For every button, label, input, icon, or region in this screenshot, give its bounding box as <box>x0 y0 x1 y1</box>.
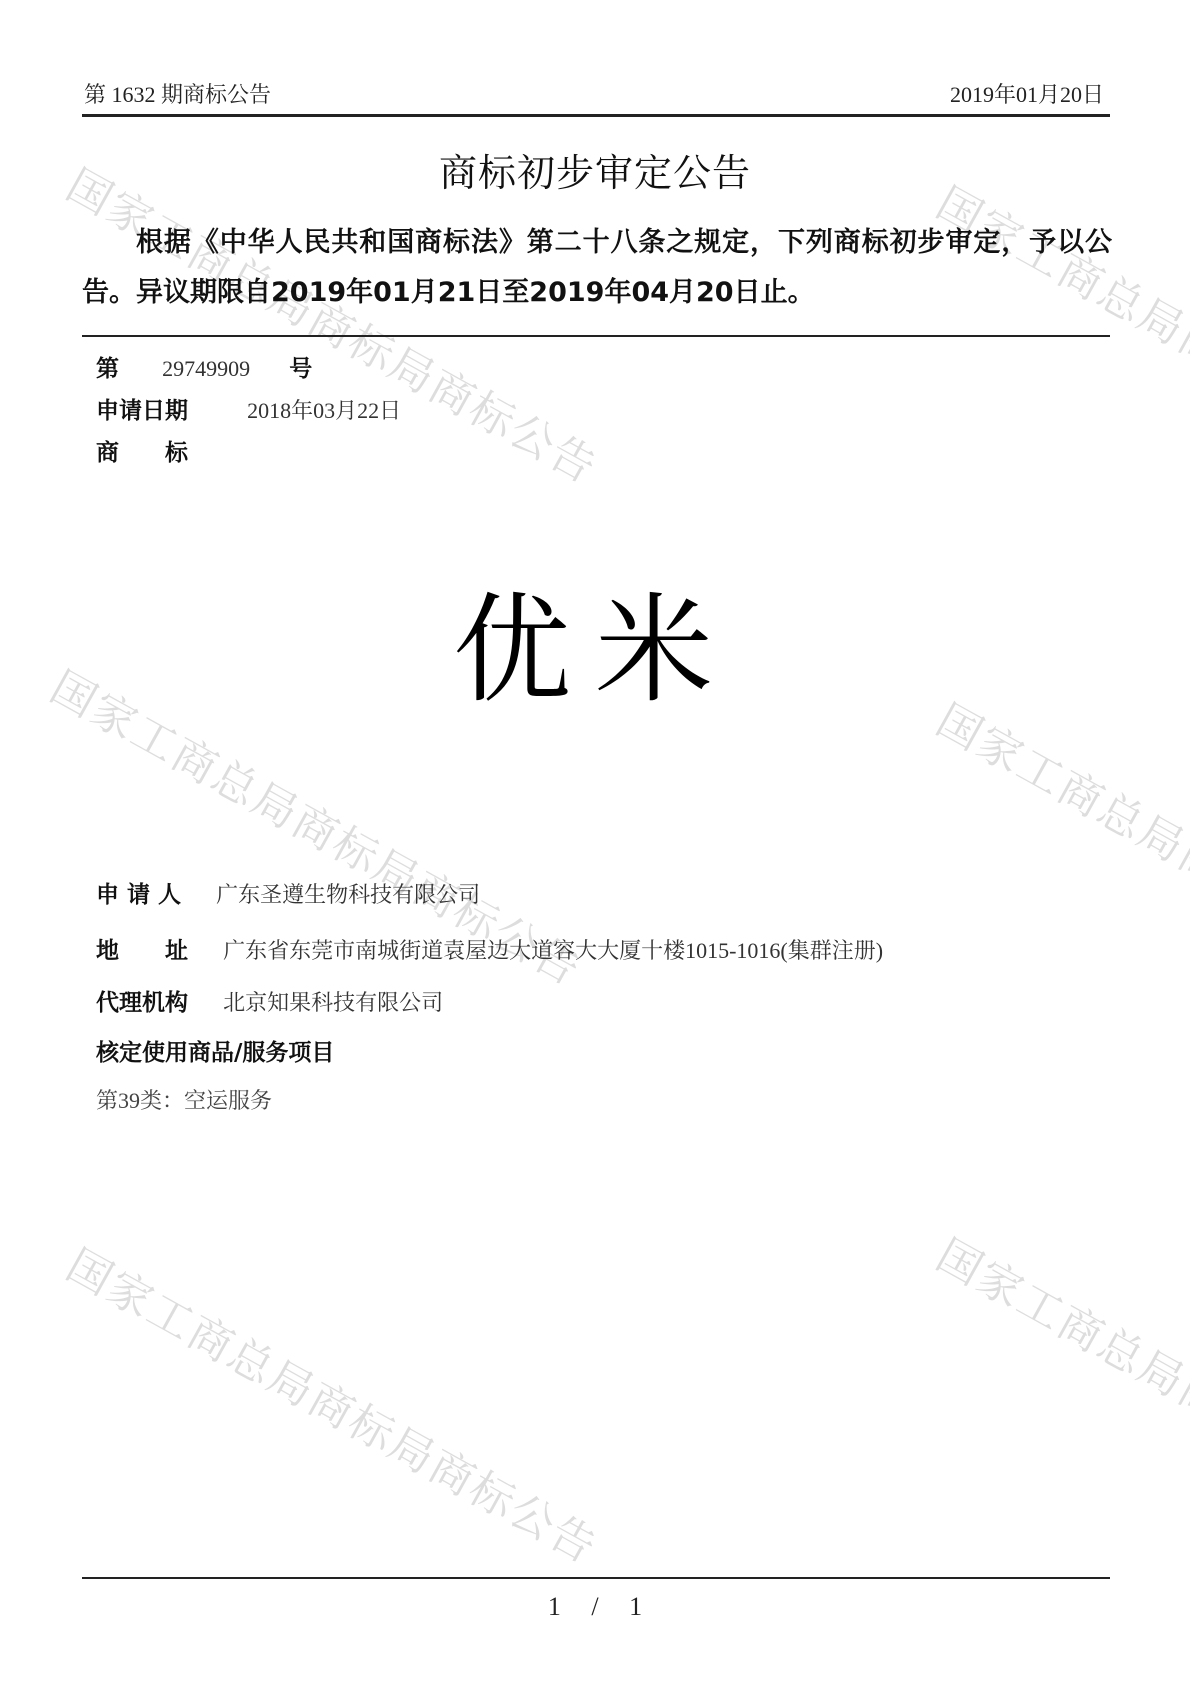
application-date: 2018年03月22日 <box>247 398 401 423</box>
watermark: 国家工商总局商标局商标公告 <box>927 1220 1190 1566</box>
registration-number-prefix: 第 <box>96 356 119 382</box>
page-title: 商标初步审定公告 <box>0 142 1190 197</box>
address-label: 地 址 <box>96 938 188 964</box>
agent-row: 代理机构 北京知果科技有限公司 <box>96 984 443 1017</box>
mark-label: 商 标 <box>96 434 188 467</box>
agent-label: 代理机构 <box>96 990 188 1016</box>
section-divider <box>82 335 1110 337</box>
agent: 北京知果科技有限公司 <box>223 990 443 1015</box>
intro-paragraph: 根据《中华人民共和国商标法》第二十八条之规定，下列商标初步审定，予以公告。异议期… <box>82 218 1112 318</box>
issue-date: 2019年01月20日 <box>950 78 1104 109</box>
header-divider <box>82 114 1110 117</box>
watermark: 国家工商总局商标局商标公告 <box>927 685 1190 1031</box>
applicant-row: 申 请 人 广东圣遵生物科技有限公司 <box>96 876 480 909</box>
application-date-row: 申请日期 2018年03月22日 <box>96 392 401 425</box>
footer-divider <box>82 1577 1110 1579</box>
registration-number: 29749909 <box>162 356 250 381</box>
application-date-label: 申请日期 <box>96 398 188 424</box>
applicant: 广东圣遵生物科技有限公司 <box>216 882 480 907</box>
registration-number-row: 第 29749909 号 <box>96 350 312 383</box>
trademark-text: 优米 <box>0 555 1190 725</box>
page-number: 1 / 1 <box>0 1592 1190 1622</box>
goods-services-label: 核定使用商品/服务项目 <box>96 1034 334 1067</box>
watermark: 国家工商总局商标局商标公告 <box>57 1230 611 1576</box>
goods-services: 第39类：空运服务 <box>96 1084 272 1115</box>
address-row: 地 址 广东省东莞市南城街道袁屋边大道容大大厦十楼1015-1016(集群注册) <box>96 932 883 965</box>
applicant-label: 申 请 人 <box>96 882 181 908</box>
address: 广东省东莞市南城街道袁屋边大道容大大厦十楼1015-1016(集群注册) <box>223 938 883 963</box>
issue-number: 第 1632 期商标公告 <box>84 78 271 109</box>
registration-number-suffix: 号 <box>289 356 312 382</box>
